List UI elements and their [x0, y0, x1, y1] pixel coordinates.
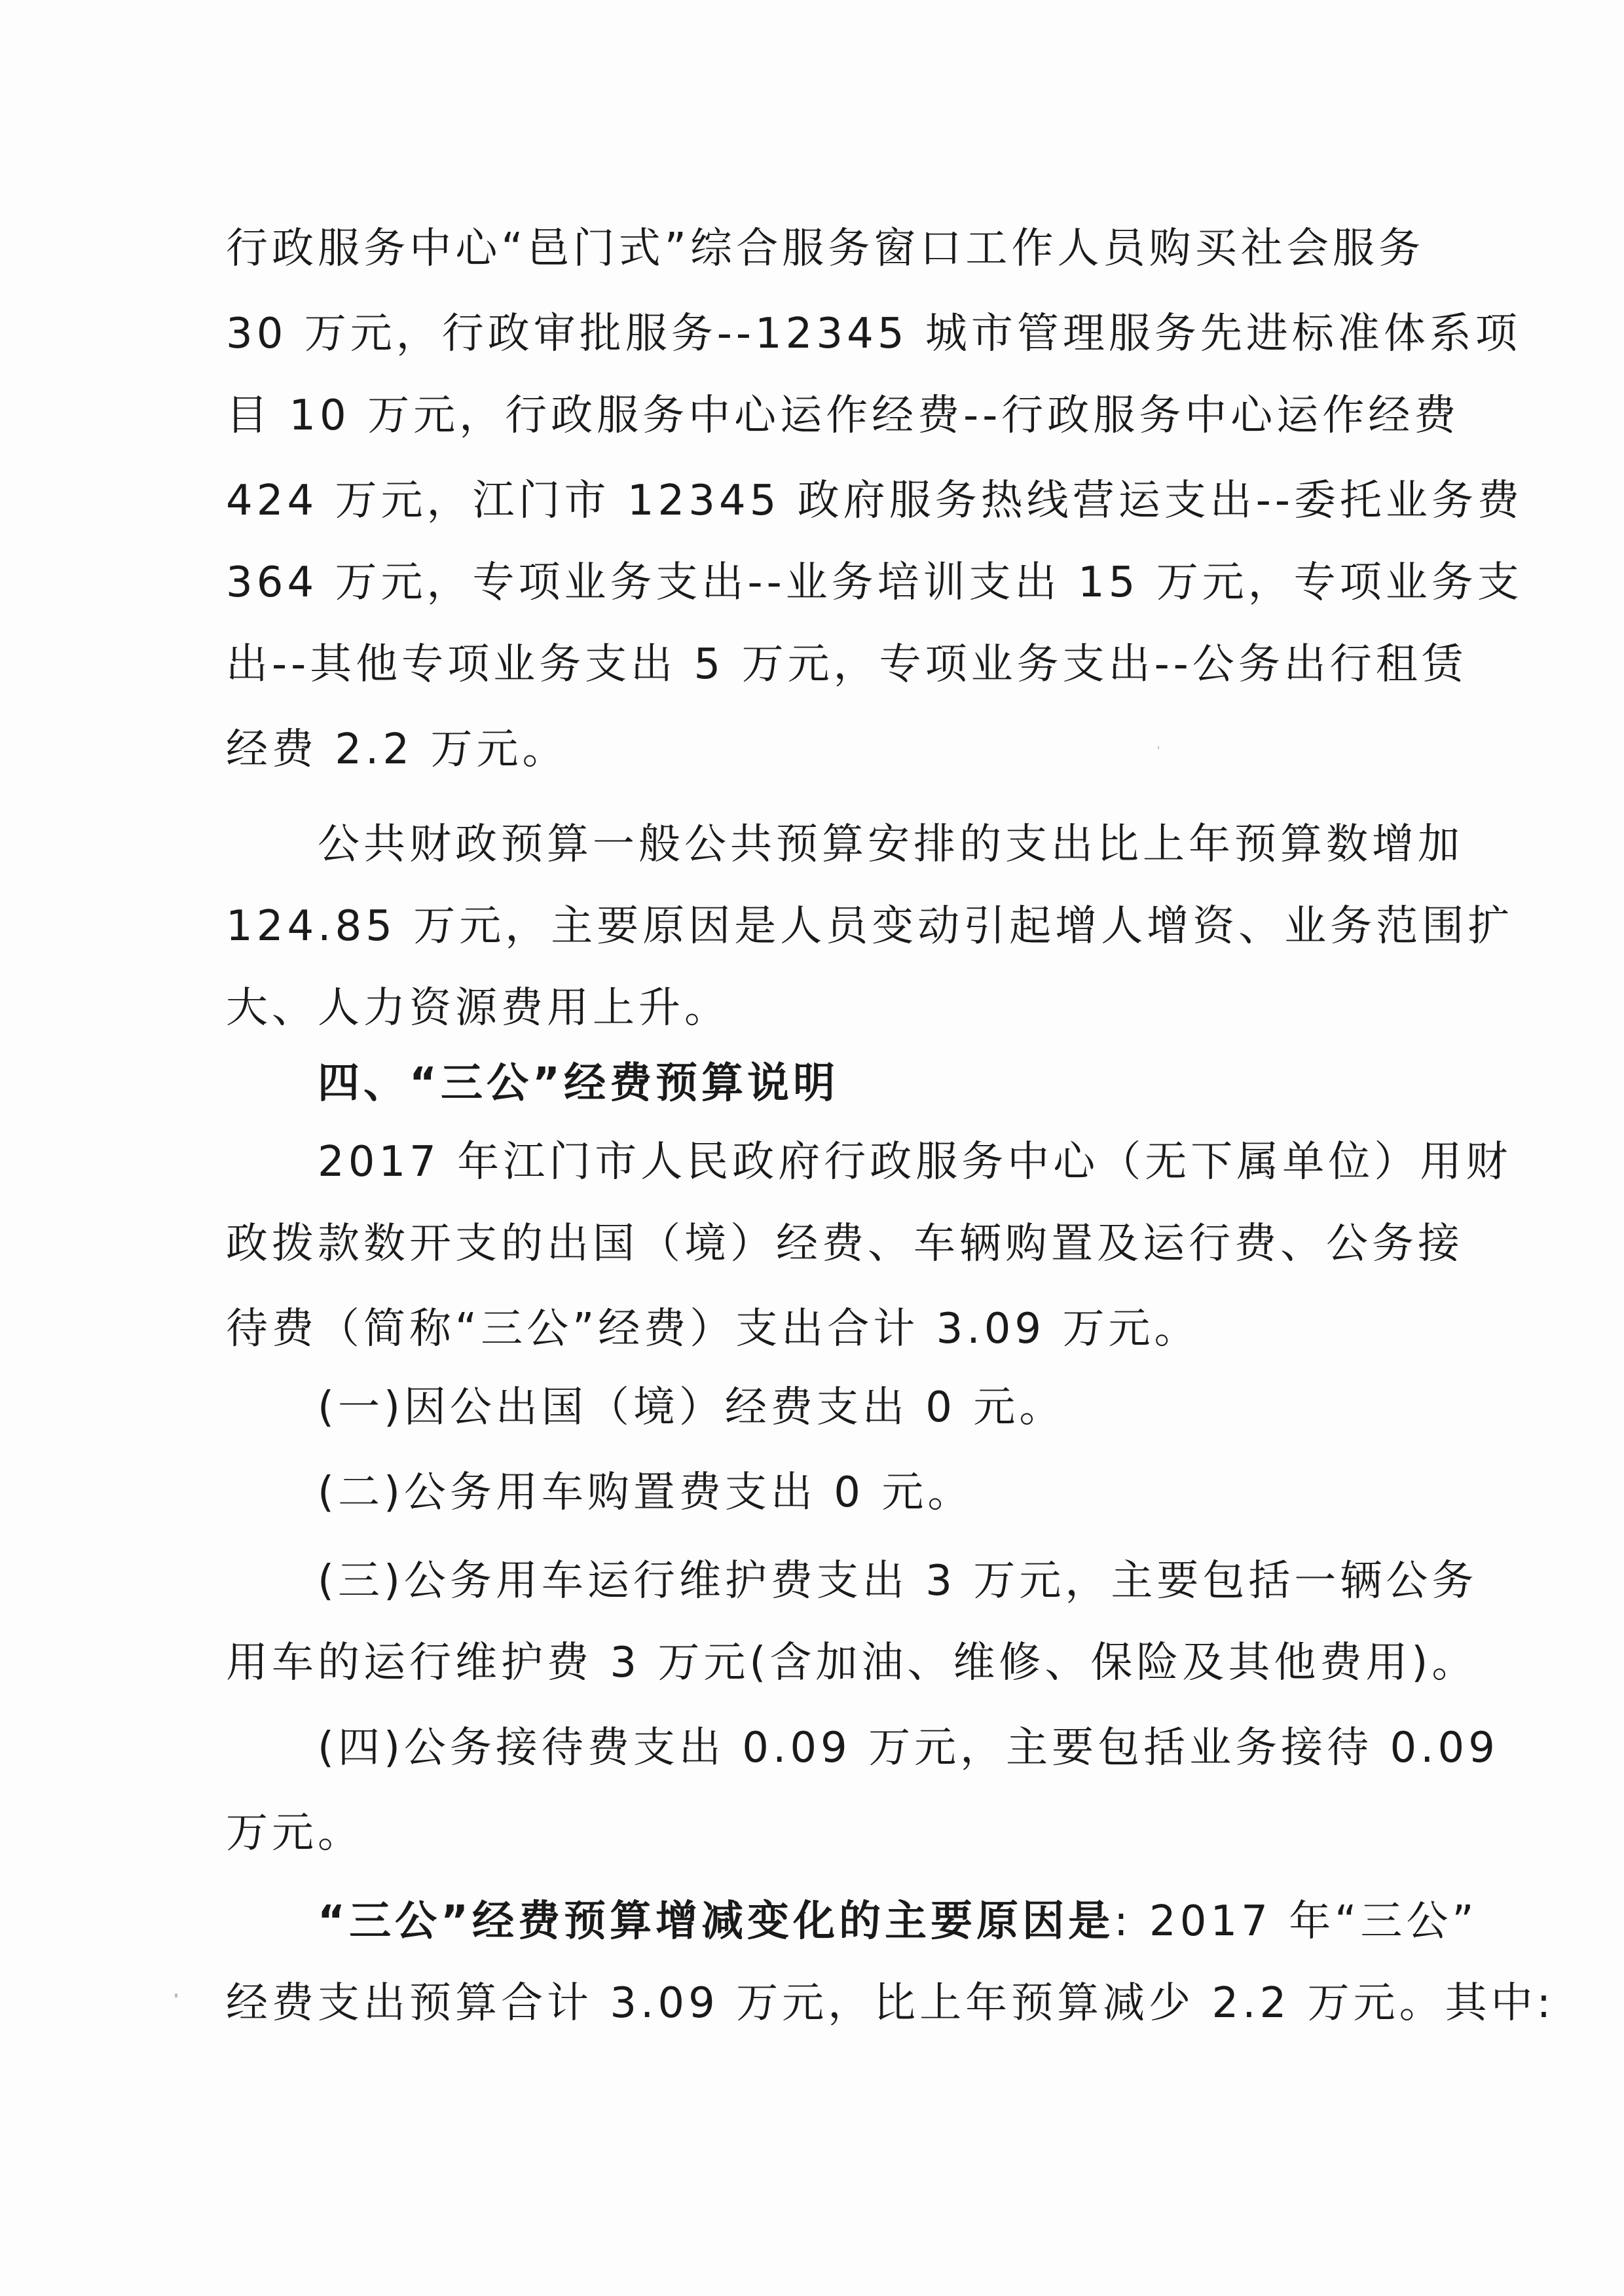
- scan-artifact-mark: [175, 1994, 177, 1997]
- item-3-line-2: 用车的运行维护费 3 万元(含加油、维修、保险及其他费用)。: [226, 1637, 1424, 1689]
- paragraph-1-line-6: 出--其他专项业务支出 5 万元，专项业务支出--公务出行租赁: [226, 638, 1424, 691]
- paragraph-2-line-3: 大、人力资源费用上升。: [226, 982, 1424, 1034]
- paragraph-4-line-2: 经费支出预算合计 3.09 万元，比上年预算减少 2.2 万元。其中:: [226, 1977, 1424, 2030]
- item-4-line-2: 万元。: [226, 1807, 1424, 1859]
- paragraph-4-line-1: “三公”经费预算增减变化的主要原因是: 2017 年“三公”: [318, 1895, 1424, 1948]
- document-page: 行政服务中心“邑门式”综合服务窗口工作人员购买社会服务 30 万元，行政审批服务…: [0, 0, 1624, 2296]
- scan-artifact-mark: [1158, 746, 1159, 749]
- item-1: (一)因公出国（境）经费支出 0 元。: [318, 1381, 1424, 1434]
- section-heading: 四、“三公”经费预算说明: [318, 1057, 1424, 1110]
- item-3-line-1: (三)公务用车运行维护费支出 3 万元，主要包括一辆公务: [318, 1555, 1424, 1607]
- paragraph-1-line-2: 30 万元，行政审批服务--12345 城市管理服务先进标准体系项: [226, 308, 1424, 360]
- paragraph-1-line-1: 行政服务中心“邑门式”综合服务窗口工作人员购买社会服务: [226, 223, 1424, 275]
- paragraph-1-line-3: 目 10 万元，行政服务中心运作经费--行政服务中心运作经费: [226, 390, 1424, 442]
- paragraph-1-line-5: 364 万元，专项业务支出--业务培训支出 15 万元，专项业务支: [226, 556, 1424, 609]
- item-4-line-1: (四)公务接待费支出 0.09 万元，主要包括业务接待 0.09: [318, 1722, 1424, 1774]
- paragraph-1-line-7: 经费 2.2 万元。: [226, 723, 1424, 776]
- paragraph-3-line-3: 待费（简称“三公”经费）支出合计 3.09 万元。: [226, 1303, 1424, 1355]
- paragraph-4-line-1-rest: : 2017 年“三公”: [1114, 1897, 1477, 1946]
- paragraph-2-line-1: 公共财政预算一般公共预算安排的支出比上年预算数增加: [318, 818, 1424, 871]
- paragraph-1-line-4: 424 万元，江门市 12345 政府服务热线营运支出--委托业务费: [226, 475, 1424, 527]
- item-2: (二)公务用车购置费支出 0 元。: [318, 1467, 1424, 1519]
- paragraph-3-line-2: 政拨款数开支的出国（境）经费、车辆购置及运行费、公务接: [226, 1218, 1424, 1270]
- paragraph-2-line-2: 124.85 万元，主要原因是人员变动引起增人增资、业务范围扩: [226, 900, 1424, 953]
- paragraph-4-bold-lead: “三公”经费预算增减变化的主要原因是: [318, 1897, 1114, 1946]
- paragraph-3-line-1: 2017 年江门市人民政府行政服务中心（无下属单位）用财: [318, 1136, 1424, 1188]
